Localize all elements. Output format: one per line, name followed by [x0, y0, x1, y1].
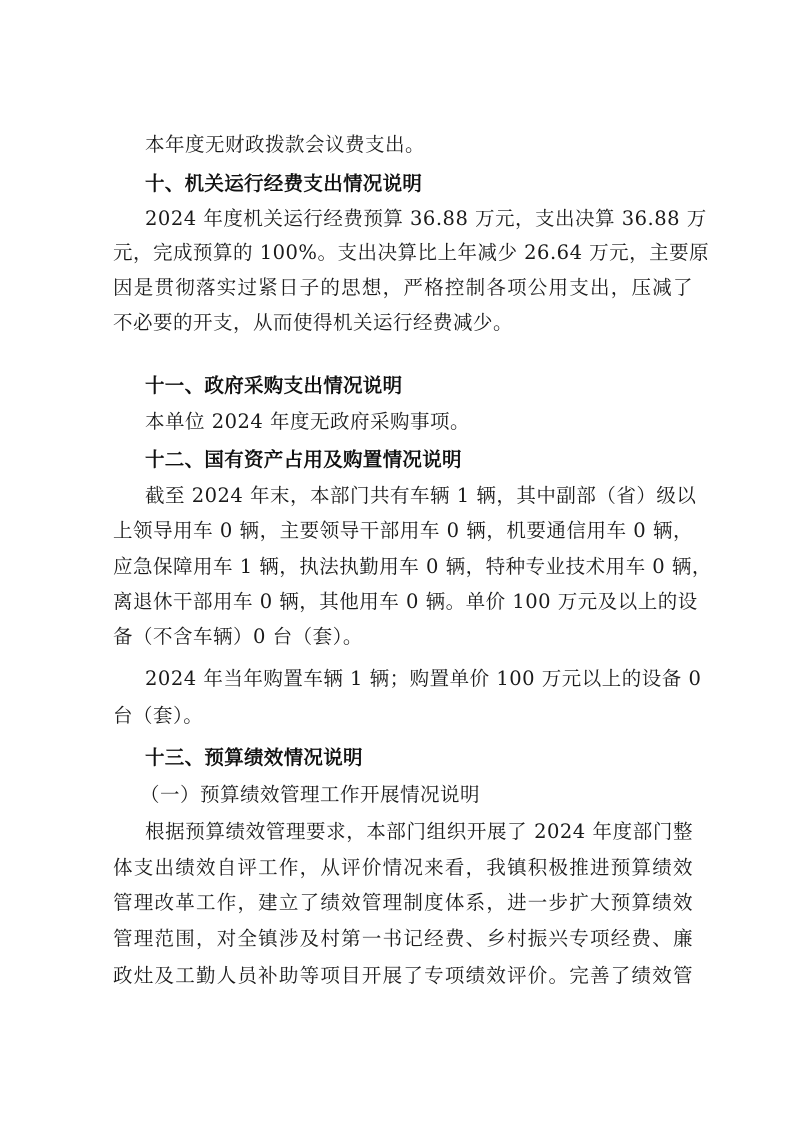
- document-page: 本年度无财政拨款会议费支出。 十、机关运行经费支出情况说明 2024 年度机关运…: [0, 0, 793, 1122]
- paragraph-line: 备（不含车辆）0 台（套）。: [113, 625, 693, 649]
- paragraph-line: 体支出绩效自评工作，从评价情况来看，我镇积极推进预算绩效: [113, 856, 693, 880]
- paragraph-line: 不必要的开支，从而使得机关运行经费减少。: [113, 311, 693, 335]
- paragraph-line: 台（套）。: [113, 704, 693, 728]
- paragraph-line: 管理改革工作，建立了绩效管理制度体系，进一步扩大预算绩效: [113, 891, 693, 915]
- section-heading-12: 十二、国有资产占用及购置情况说明: [145, 448, 725, 472]
- paragraph-line: 政灶及工勤人员补助等项目开展了专项绩效评价。完善了绩效管: [113, 964, 693, 988]
- paragraph-line: 上领导用车 0 辆，主要领导干部用车 0 辆，机要通信用车 0 辆，: [113, 519, 693, 543]
- paragraph-line: 截至 2024 年末，本部门共有车辆 1 辆，其中副部（省）级以: [145, 484, 693, 508]
- paragraph-line: 本单位 2024 年度无政府采购事项。: [145, 410, 725, 434]
- paragraph-meeting-expense: 本年度无财政拨款会议费支出。: [145, 133, 725, 157]
- paragraph-line: 因是贯彻落实过紧日子的思想，严格控制各项公用支出，压减了: [113, 276, 693, 300]
- section-heading-13: 十三、预算绩效情况说明: [145, 746, 725, 770]
- paragraph-line: 根据预算绩效管理要求，本部门组织开展了 2024 年度部门整: [145, 820, 693, 844]
- paragraph-line: 管理范围，对全镇涉及村第一书记经费、乡村振兴专项经费、廉: [113, 927, 693, 951]
- paragraph-line: 2024 年度机关运行经费预算 36.88 万元，支出决算 36.88 万: [145, 207, 693, 231]
- paragraph-line: 元，完成预算的 100%。支出决算比上年减少 26.64 万元，主要原: [113, 241, 693, 265]
- section-heading-10: 十、机关运行经费支出情况说明: [145, 172, 725, 196]
- paragraph-line: 应急保障用车 1 辆，执法执勤用车 0 辆，特种专业技术用车 0 辆，: [113, 555, 693, 579]
- subsection-heading-1: （一）预算绩效管理工作开展情况说明: [140, 783, 720, 807]
- section-heading-11: 十一、政府采购支出情况说明: [145, 374, 725, 398]
- paragraph-line: 2024 年当年购置车辆 1 辆；购置单价 100 万元以上的设备 0: [145, 667, 693, 691]
- paragraph-line: 离退休干部用车 0 辆，其他用车 0 辆。单价 100 万元及以上的设: [113, 590, 693, 614]
